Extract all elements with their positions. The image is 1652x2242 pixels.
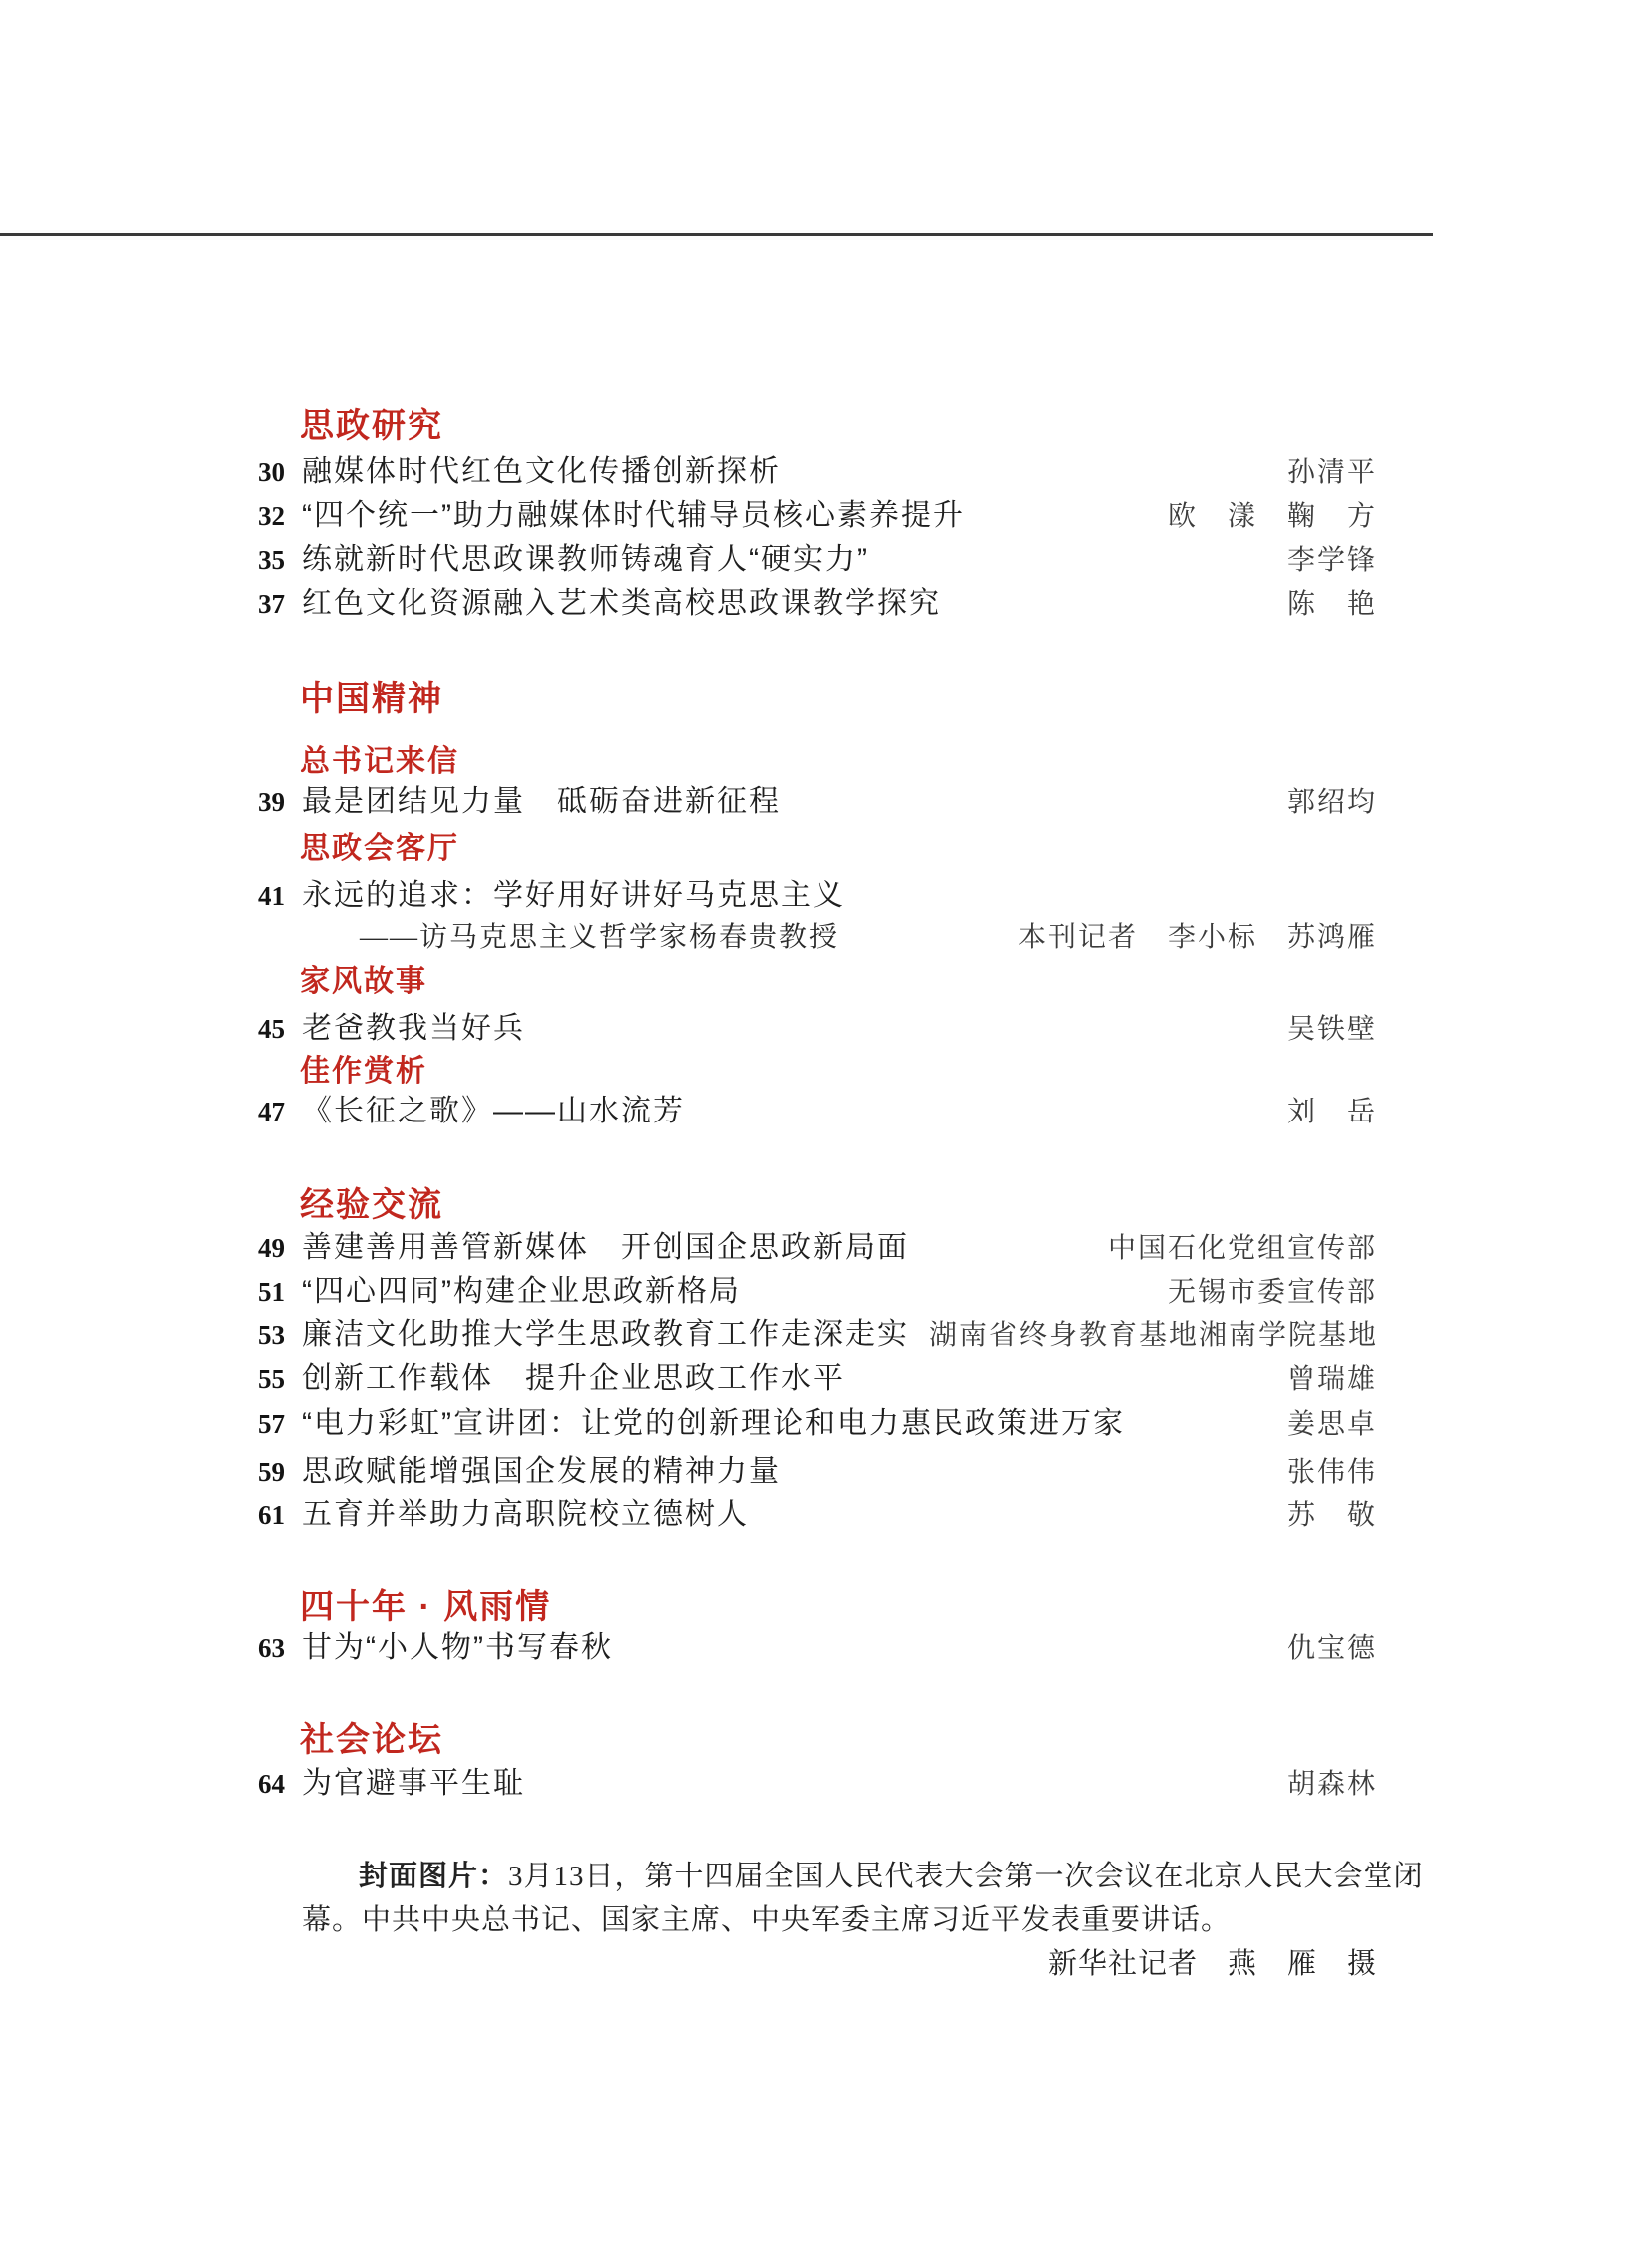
subsection-heading-jiazuo-shangxi: 佳作赏析 xyxy=(300,1050,427,1094)
subsection-heading-sizheng-huiketing: 思政会客厅 xyxy=(300,827,459,871)
toc-entry-author: 李学锋 xyxy=(1287,539,1377,581)
toc-entry-author: 仇宝德 xyxy=(1287,1627,1377,1669)
toc-entry: 59 思政赋能增强国企发展的精神力量 张伟伟 xyxy=(258,1451,1377,1493)
toc-entry-title: 廉洁文化助推大学生思政教育工作走深走实 xyxy=(302,1314,909,1356)
toc-entry-title: 永远的追求：学好用好讲好马克思主义 xyxy=(302,875,1377,917)
cover-note-label: 封面图片： xyxy=(359,1861,508,1892)
toc-entry-subtitle-row: ——访马克思主义哲学家杨春贵教授 本刊记者 李小标 苏鸿雁 xyxy=(258,916,1377,959)
toc-entry-author: 本刊记者 李小标 苏鸿雁 xyxy=(1018,916,1377,958)
top-rule xyxy=(0,233,1433,236)
toc-entry-title: 五育并举助力高职院校立德树人 xyxy=(302,1494,1267,1536)
toc-entry-page-number: 47 xyxy=(258,1091,302,1132)
toc-entry-title: “四个统一”助力融媒体时代辅导员核心素养提升 xyxy=(302,495,1148,537)
toc-entry-title: 思政赋能增强国企发展的精神力量 xyxy=(302,1451,1267,1493)
toc-entry-title: 《长征之歌》——山水流芳 xyxy=(302,1091,1267,1132)
toc-entry: 32 “四个统一”助力融媒体时代辅导员核心素养提升 欧 漾 鞠 方 xyxy=(258,495,1377,537)
toc-entry-author: 曾瑞雄 xyxy=(1287,1358,1377,1400)
toc-entry-title: 老爸教我当好兵 xyxy=(302,1008,1267,1050)
toc-entry-author: 无锡市委宣传部 xyxy=(1168,1271,1377,1313)
section-heading-sizheng-yanjiu: 思政研究 xyxy=(300,404,443,448)
section-heading-shehui-luntan: 社会论坛 xyxy=(300,1718,443,1762)
toc-entry-page-number: 37 xyxy=(258,583,302,625)
toc-entry-author: 孙清平 xyxy=(1287,451,1377,493)
toc-entry-author: 苏 敬 xyxy=(1287,1494,1377,1536)
toc-entry-author: 姜思卓 xyxy=(1287,1403,1377,1445)
toc-entry-title: “四心四同”构建企业思政新格局 xyxy=(302,1271,1148,1313)
toc-entry-author: 刘 岳 xyxy=(1287,1091,1377,1132)
toc-entry-title: 甘为“小人物”书写春秋 xyxy=(302,1627,1267,1669)
toc-entry: 49 善建善用善管新媒体 开创国企思政新局面 中国石化党组宣传部 xyxy=(258,1227,1377,1269)
toc-entry-title: 创新工作载体 提升企业思政工作水平 xyxy=(302,1358,1267,1400)
cover-note-line-1: 封面图片：3月13日，第十四届全国人民代表大会第一次会议在北京人民大会堂闭 xyxy=(302,1855,1377,1898)
toc-entry-page-number: 59 xyxy=(258,1451,302,1493)
toc-entry-page-number: 55 xyxy=(258,1358,302,1400)
toc-entry-title: 最是团结见力量 砥砺奋进新征程 xyxy=(302,781,1267,823)
toc-entry-title: 红色文化资源融入艺术类高校思政课教学探究 xyxy=(302,583,1267,625)
toc-entry-title: “电力彩虹”宣讲团：让党的创新理论和电力惠民政策进万家 xyxy=(302,1403,1267,1445)
toc-entry: 53 廉洁文化助推大学生思政教育工作走深走实 湖南省终身教育基地湘南学院基地 xyxy=(258,1314,1377,1356)
toc-entry: 30 融媒体时代红色文化传播创新探析 孙清平 xyxy=(258,451,1377,493)
toc-entry-author: 郭绍均 xyxy=(1287,781,1377,823)
toc-entry-author: 吴铁壁 xyxy=(1287,1008,1377,1050)
toc-entry: 39 最是团结见力量 砥砺奋进新征程 郭绍均 xyxy=(258,781,1377,823)
toc-entry-title: 为官避事平生耻 xyxy=(302,1763,1267,1805)
toc-entry-title: 善建善用善管新媒体 开创国企思政新局面 xyxy=(302,1227,1088,1269)
section-heading-sishinian-fengyuqing: 四十年 · 风雨情 xyxy=(300,1585,551,1629)
toc-entry: 57 “电力彩虹”宣讲团：让党的创新理论和电力惠民政策进万家 姜思卓 xyxy=(258,1403,1377,1445)
cover-note: 封面图片：3月13日，第十四届全国人民代表大会第一次会议在北京人民大会堂闭 幕。… xyxy=(302,1855,1377,1986)
toc-entry: 63 甘为“小人物”书写春秋 仇宝德 xyxy=(258,1627,1377,1669)
toc-entry-page-number: 45 xyxy=(258,1008,302,1050)
toc-entry-page-number: 39 xyxy=(258,781,302,823)
toc-entry-author: 胡森林 xyxy=(1287,1763,1377,1805)
toc-entry-page-number: 63 xyxy=(258,1627,302,1669)
toc-entry-page-number: 32 xyxy=(258,495,302,537)
toc-entry-title: 练就新时代思政课教师铸魂育人“硬实力” xyxy=(302,539,1267,581)
toc-entry-author: 欧 漾 鞠 方 xyxy=(1168,495,1377,537)
toc-entry: 37 红色文化资源融入艺术类高校思政课教学探究 陈 艳 xyxy=(258,583,1377,625)
toc-entry-page-number: 41 xyxy=(258,875,302,917)
toc-entry: 61 五育并举助力高职院校立德树人 苏 敬 xyxy=(258,1494,1377,1536)
toc-entry-author: 张伟伟 xyxy=(1287,1451,1377,1493)
toc-entry: 55 创新工作载体 提升企业思政工作水平 曾瑞雄 xyxy=(258,1358,1377,1400)
cover-note-photographer: 新华社记者 燕 雁 摄 xyxy=(302,1942,1377,1986)
toc-entry-page-number: 61 xyxy=(258,1494,302,1536)
subsection-heading-zongshuji-laixin: 总书记来信 xyxy=(300,740,459,784)
toc-entry-subtitle: ——访马克思主义哲学家杨春贵教授 xyxy=(302,917,998,959)
toc-entry: 35 练就新时代思政课教师铸魂育人“硬实力” 李学锋 xyxy=(258,539,1377,581)
cover-note-text-1: 3月13日，第十四届全国人民代表大会第一次会议在北京人民大会堂闭 xyxy=(508,1861,1424,1892)
toc-page: 思政研究 30 融媒体时代红色文化传播创新探析 孙清平 32 “四个统一”助力融… xyxy=(0,0,1652,2242)
toc-entry: 64 为官避事平生耻 胡森林 xyxy=(258,1763,1377,1805)
toc-entry-page-number: 49 xyxy=(258,1227,302,1269)
cover-note-line-2: 幕。中共中央总书记、国家主席、中央军委主席习近平发表重要讲话。 xyxy=(302,1898,1377,1942)
toc-entry: 47 《长征之歌》——山水流芳 刘 岳 xyxy=(258,1091,1377,1132)
toc-entry-title: 融媒体时代红色文化传播创新探析 xyxy=(302,451,1267,493)
toc-entry-page-number: 57 xyxy=(258,1403,302,1445)
toc-entry-author: 陈 艳 xyxy=(1287,583,1377,625)
toc-entry-page-number: 53 xyxy=(258,1314,302,1356)
section-heading-zhongguo-jingshen: 中国精神 xyxy=(300,677,443,721)
toc-entry: 45 老爸教我当好兵 吴铁壁 xyxy=(258,1008,1377,1050)
toc-entry-page-number: 51 xyxy=(258,1271,302,1313)
toc-entry: 51 “四心四同”构建企业思政新格局 无锡市委宣传部 xyxy=(258,1271,1377,1313)
toc-entry-page-number: 64 xyxy=(258,1763,302,1805)
section-heading-jingyan-jiaoliu: 经验交流 xyxy=(300,1183,443,1227)
toc-entry: 41 永远的追求：学好用好讲好马克思主义 xyxy=(258,875,1377,917)
subsection-heading-jiafeng-gushi: 家风故事 xyxy=(300,960,427,1004)
toc-entry-page-number: 30 xyxy=(258,451,302,493)
toc-entry-author: 湖南省终身教育基地湘南学院基地 xyxy=(929,1314,1378,1356)
toc-entry-author: 中国石化党组宣传部 xyxy=(1108,1227,1377,1269)
toc-entry-page-number: 35 xyxy=(258,539,302,581)
